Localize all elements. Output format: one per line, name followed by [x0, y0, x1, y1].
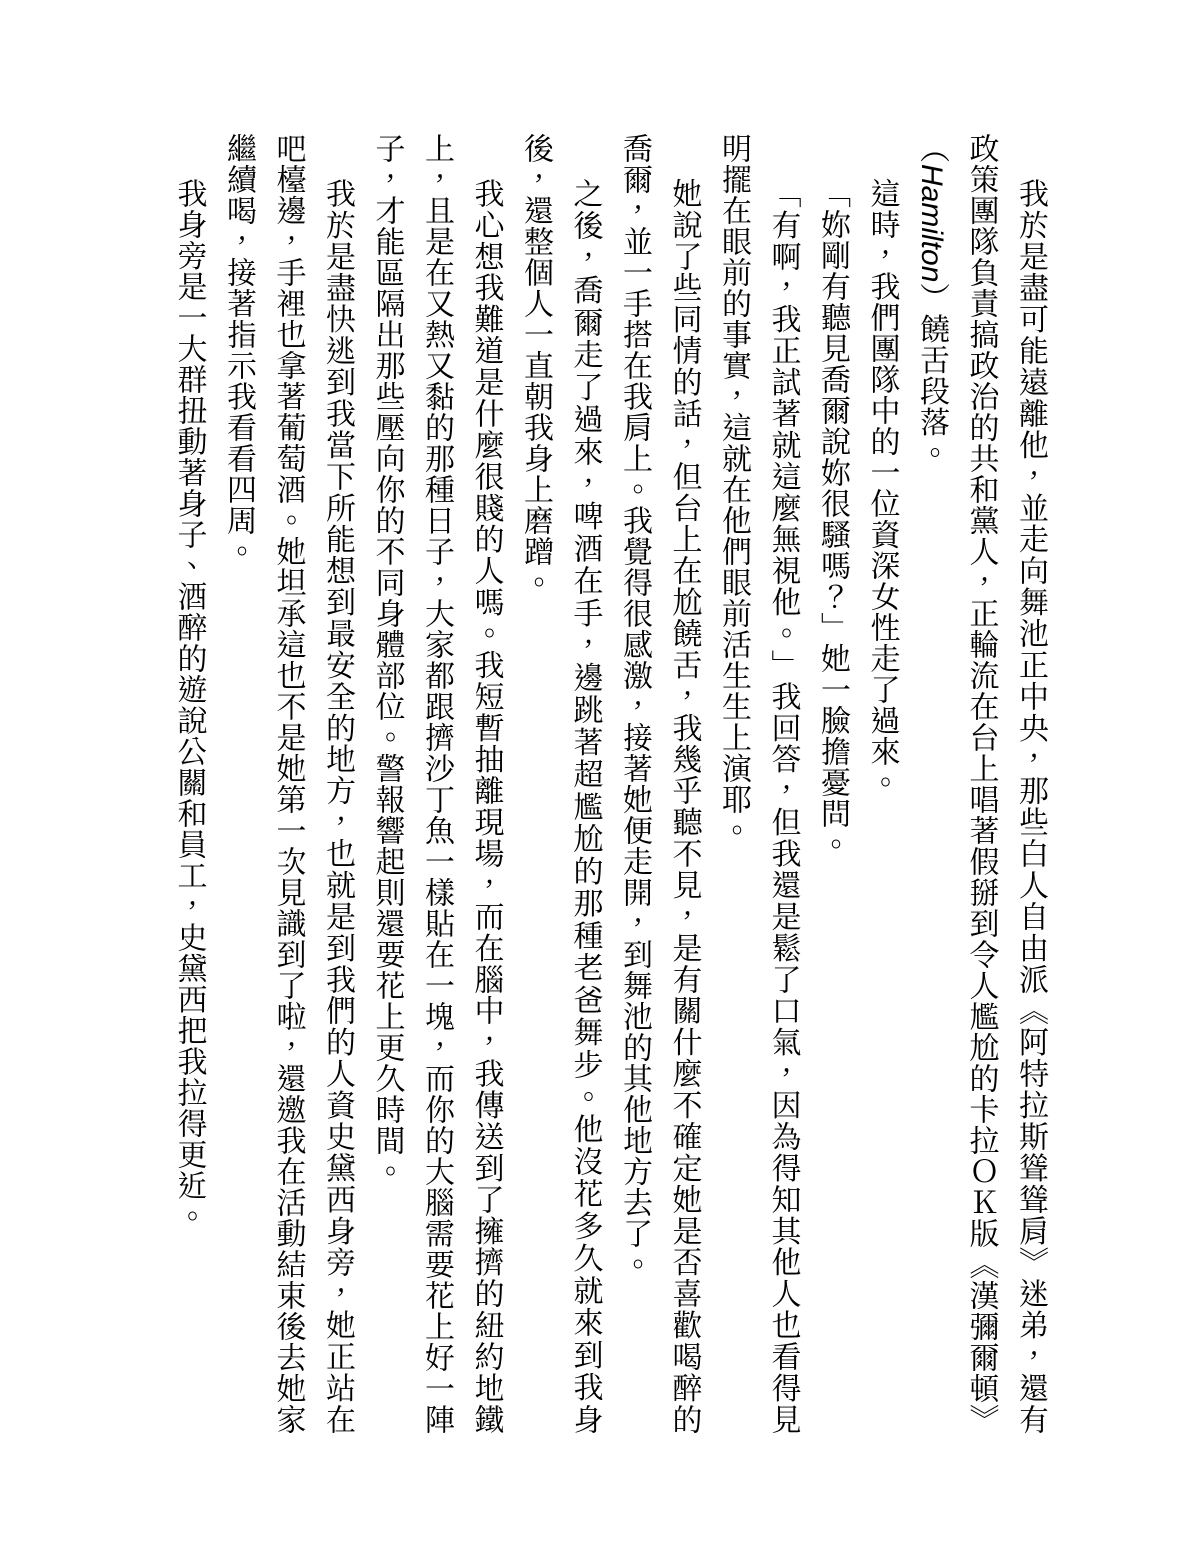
paragraph: 「有啊，我正試著就這麼無視他。」我回答，但我還是鬆了口氣，因為得知其他人也看得見…	[709, 133, 808, 1435]
latin-italic-text: Hamilton	[915, 164, 948, 282]
paragraph: 我於是盡可能遠離他，並走向舞池正中央，那些白人自由派《阿特拉斯聳聳肩》迷弟，還有…	[907, 133, 1056, 1435]
paragraph: 這時，我們團隊中的一位資深女性走了過來。	[857, 133, 907, 1435]
paragraph: 我於是盡快逃到我當下所能想到最安全的地方，也就是到我們的人資史黛西身旁，她正站在…	[214, 133, 363, 1435]
paragraph: 「妳剛有聽見喬爾說妳很騷嗎？」她一臉擔憂問。	[808, 133, 858, 1435]
paragraph: 她說了些同情的話，但台上在尬饒舌，我幾乎聽不見，是有關什麼不確定她是否喜歡喝醉的…	[610, 133, 709, 1435]
paragraph-text: ）饒舌段落。	[915, 282, 948, 468]
vertical-text-block: 我於是盡可能遠離他，並走向舞池正中央，那些白人自由派《阿特拉斯聳聳肩》迷弟，還有…	[164, 133, 1055, 1435]
paragraph: 我身旁是一大群扭動著身子、酒醉的遊說公關和員工，史黛西把我拉得更近。	[164, 133, 214, 1435]
paragraph: 我心想我難道是什麼很賤的人嗎。我短暫抽離現場，而在腦中，我傳送到了擁擠的紐約地鐵…	[362, 133, 511, 1435]
paragraph: 之後，喬爾走了過來，啤酒在手，邊跳著超尷尬的那種老爸舞步。他沒花多久就來到我身後…	[511, 133, 610, 1435]
book-page: 我於是盡可能遠離他，並走向舞池正中央，那些白人自由派《阿特拉斯聳聳肩》迷弟，還有…	[0, 0, 1200, 1554]
